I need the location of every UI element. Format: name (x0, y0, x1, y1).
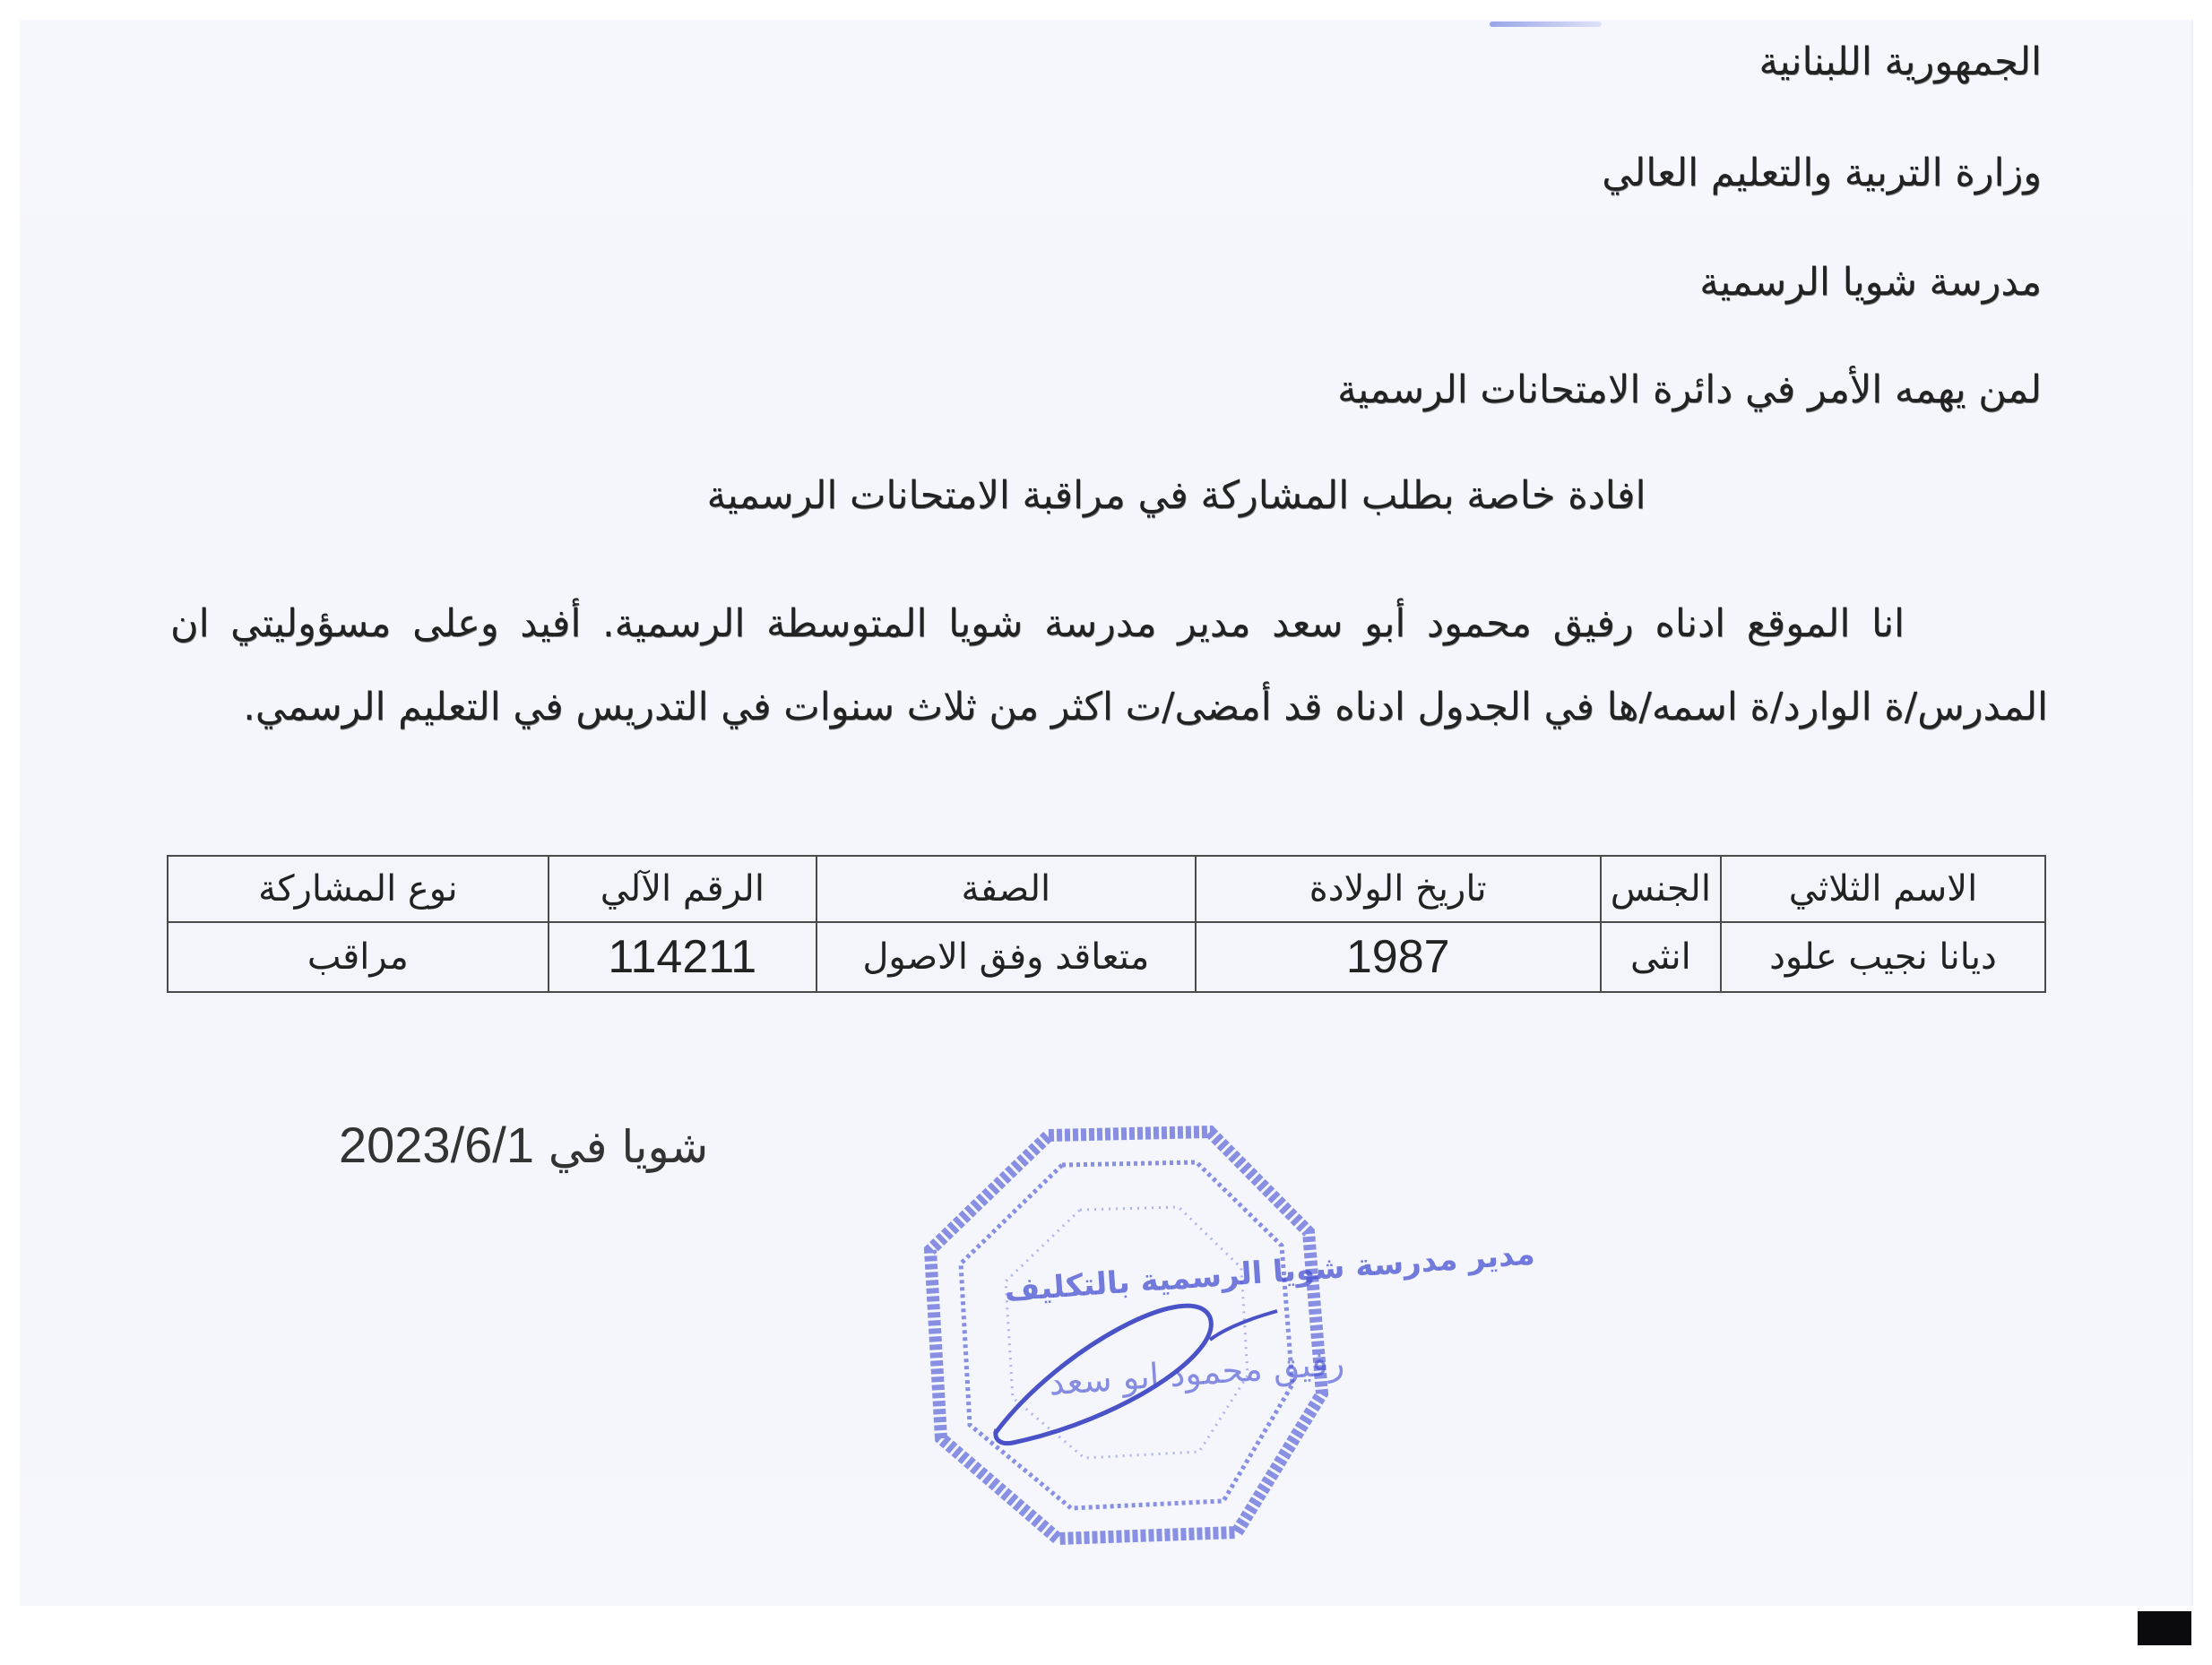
cell-birth-date: 1987 (1196, 922, 1601, 992)
date-value: 2023/6/1 (339, 1117, 534, 1173)
document-subject: افادة خاصة بطلب المشاركة في مراقبة الامت… (574, 473, 1779, 518)
body-text: انا الموقع ادناه رفيق محمود أبو سعد مدير… (170, 601, 2048, 729)
table-header-row: الاسم الثلاثي الجنس تاريخ الولادة الصفة … (168, 856, 2045, 922)
header-ministry: وزارة التربية والتعليم العالي (1602, 151, 2042, 195)
body-paragraph: انا الموقع ادناه رفيق محمود أبو سعد مدير… (170, 582, 2048, 749)
header-republic: الجمهورية اللبنانية (1759, 39, 2043, 84)
col-header-participation-type: نوع المشاركة (168, 856, 549, 922)
cell-status: متعاقد وفق الاصول (817, 922, 1196, 992)
cell-gender: انثى (1601, 922, 1721, 992)
table-row: ديانا نجيب علود انثى 1987 متعاقد وفق الا… (168, 922, 2045, 992)
scan-ink-mark (1490, 22, 1602, 27)
col-header-file-number: الرقم الآلي (549, 856, 817, 922)
cell-participation-type: مراقب (168, 922, 549, 992)
cell-full-name: ديانا نجيب علود (1721, 922, 2045, 992)
scan-corner-marker (2138, 1611, 2191, 1645)
col-header-birth-date: تاريخ الولادة (1196, 856, 1601, 922)
header-school: مدرسة شويا الرسمية (1699, 260, 2042, 305)
place-date: شويا في 2023/6/1 (339, 1116, 708, 1174)
official-stamp-icon (914, 1125, 1335, 1550)
col-header-status: الصفة (817, 856, 1196, 922)
col-header-full-name: الاسم الثلاثي (1721, 856, 2045, 922)
teacher-info-table: الاسم الثلاثي الجنس تاريخ الولادة الصفة … (167, 855, 2046, 993)
cell-file-number: 114211 (549, 922, 817, 992)
header-addressee: لمن يهمه الأمر في دائرة الامتحانات الرسم… (1337, 367, 2042, 412)
place-label: شويا في (549, 1121, 708, 1173)
col-header-gender: الجنس (1601, 856, 1721, 922)
